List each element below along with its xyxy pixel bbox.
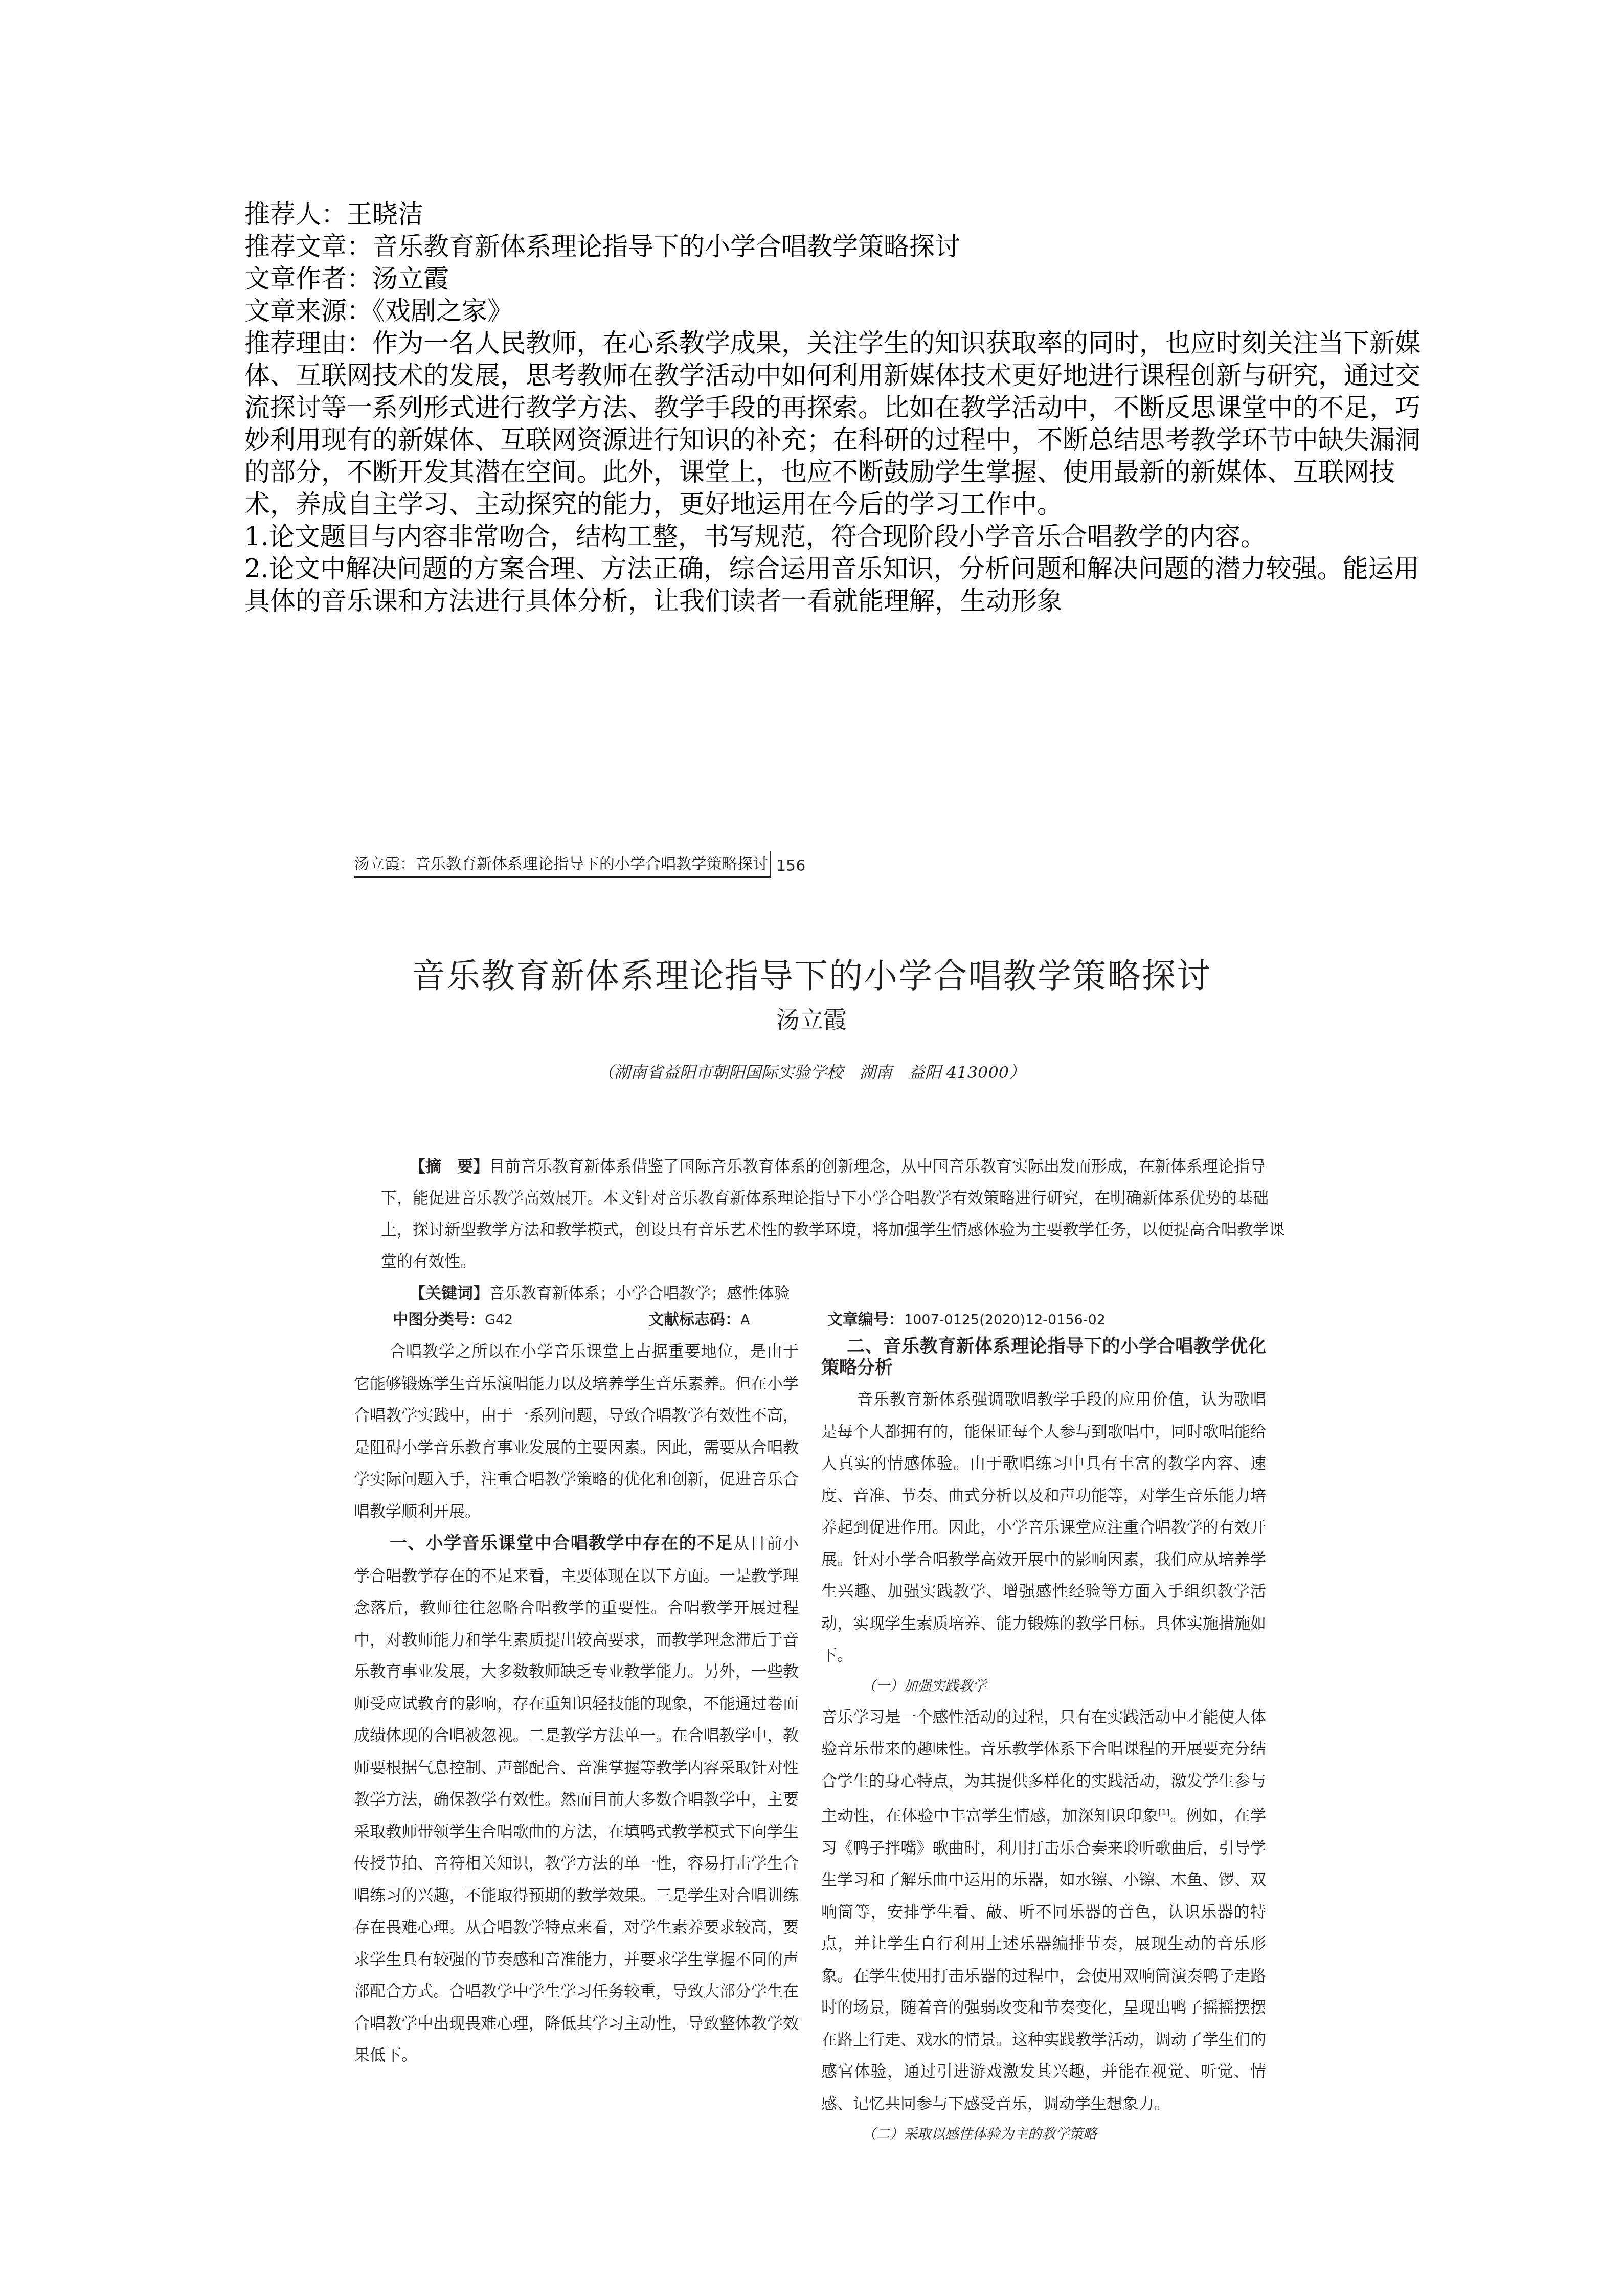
- intro-paragraph: 合唱教学之所以在小学音乐课堂上占据重要地位，是由于它能够锻炼学生音乐演唱能力以及…: [354, 1336, 799, 1527]
- left-column: 合唱教学之所以在小学音乐课堂上占据重要地位，是由于它能够锻炼学生音乐演唱能力以及…: [354, 1336, 799, 2072]
- document-code: 文献标志码：A: [648, 1307, 827, 1329]
- keywords-label: 【关键词】: [410, 1284, 489, 1302]
- section-2-heading: 二、音乐教育新体系理论指导下的小学合唱教学优化策略分析: [821, 1336, 1266, 1379]
- abstract: 【摘 要】目前音乐教育新体系借鉴了国际音乐教育体系的创新理念，从中国音乐教育实际…: [381, 1151, 1286, 1277]
- article-number: 文章编号：1007-0125(2020)12-0156-02: [827, 1307, 1106, 1329]
- article-title: 音乐教育新体系理论指导下的小学合唱教学策略探讨: [0, 949, 1623, 997]
- abstract-block: 【摘 要】目前音乐教育新体系借鉴了国际音乐教育体系的创新理念，从中国音乐教育实际…: [381, 1151, 1286, 1309]
- recommendation-point-2: 2.论文中解决问题的方案合理、方法正确，综合运用音乐知识，分析问题和解决问题的潜…: [244, 553, 1436, 617]
- subsection-1-heading: （一）加强实践教学: [821, 1672, 1266, 1701]
- subsection-1-body: 音乐学习是一个感性活动的过程，只有在实践活动中才能使人体验音乐带来的趣味性。音乐…: [821, 1701, 1266, 2120]
- article-source-line: 文章来源：《戏剧之家》: [244, 295, 1436, 327]
- keywords: 【关键词】音乐教育新体系；小学合唱教学；感性体验: [381, 1277, 1286, 1309]
- section-1: 一、小学音乐课堂中合唱教学中存在的不足从目前小学合唱教学存在的不足来看，主要体现…: [354, 1527, 799, 2072]
- clc-number: 中图分类号：G42: [393, 1307, 648, 1329]
- section-2-body: 音乐教育新体系强调歌唱教学手段的应用价值，认为歌唱是每个人都拥有的，能保证每个人…: [821, 1384, 1266, 1672]
- recommendation-point-1: 1.论文题目与内容非常吻合，结构工整，书写规范，符合现阶段小学音乐合唱教学的内容…: [244, 521, 1436, 553]
- classification-row: 中图分类号：G42 文献标志码：A 文章编号：1007-0125(2020)12…: [368, 1307, 1289, 1329]
- abstract-text: 目前音乐教育新体系借鉴了国际音乐教育体系的创新理念，从中国音乐教育实际出发而形成…: [381, 1157, 1284, 1271]
- recommendation-block: 推荐人：王晓洁 推荐文章：音乐教育新体系理论指导下的小学合唱教学策略探讨 文章作…: [244, 198, 1436, 617]
- recommendation-reason: 推荐理由：作为一名人民教师，在心系教学成果，关注学生的知识获取率的同时，也应时刻…: [244, 327, 1436, 521]
- recommended-article-line: 推荐文章：音乐教育新体系理论指导下的小学合唱教学策略探讨: [244, 231, 1436, 263]
- citation-1: [1]: [1158, 1808, 1170, 1817]
- abstract-label: 【摘 要】: [410, 1157, 489, 1176]
- author-affiliation: （湖南省益阳市朝阳国际实验学校 湖南 益阳 413000）: [0, 1060, 1623, 1083]
- keywords-text: 音乐教育新体系；小学合唱教学；感性体验: [489, 1284, 790, 1302]
- running-header-title: 汤立霞：音乐教育新体系理论指导下的小学合唱教学策略探讨: [354, 851, 771, 878]
- section-1-heading: 一、小学音乐课堂中合唱教学中存在的不足: [390, 1533, 733, 1554]
- article-author-line: 文章作者：汤立霞: [244, 263, 1436, 295]
- right-column: 二、音乐教育新体系理论指导下的小学合唱教学优化策略分析 音乐教育新体系强调歌唱教…: [821, 1336, 1266, 2149]
- article-author: 汤立霞: [0, 1001, 1623, 1035]
- page-number: 156: [776, 857, 805, 878]
- recommender-line: 推荐人：王晓洁: [244, 198, 1436, 231]
- subsection-2-heading: （二）采取以感性体验为主的教学策略: [821, 2120, 1266, 2149]
- running-header: 汤立霞：音乐教育新体系理论指导下的小学合唱教学策略探讨 156: [354, 851, 805, 878]
- section-1-body: 从目前小学合唱教学存在的不足来看，主要体现在以下方面。一是教学理念落后，教师往往…: [354, 1535, 799, 2064]
